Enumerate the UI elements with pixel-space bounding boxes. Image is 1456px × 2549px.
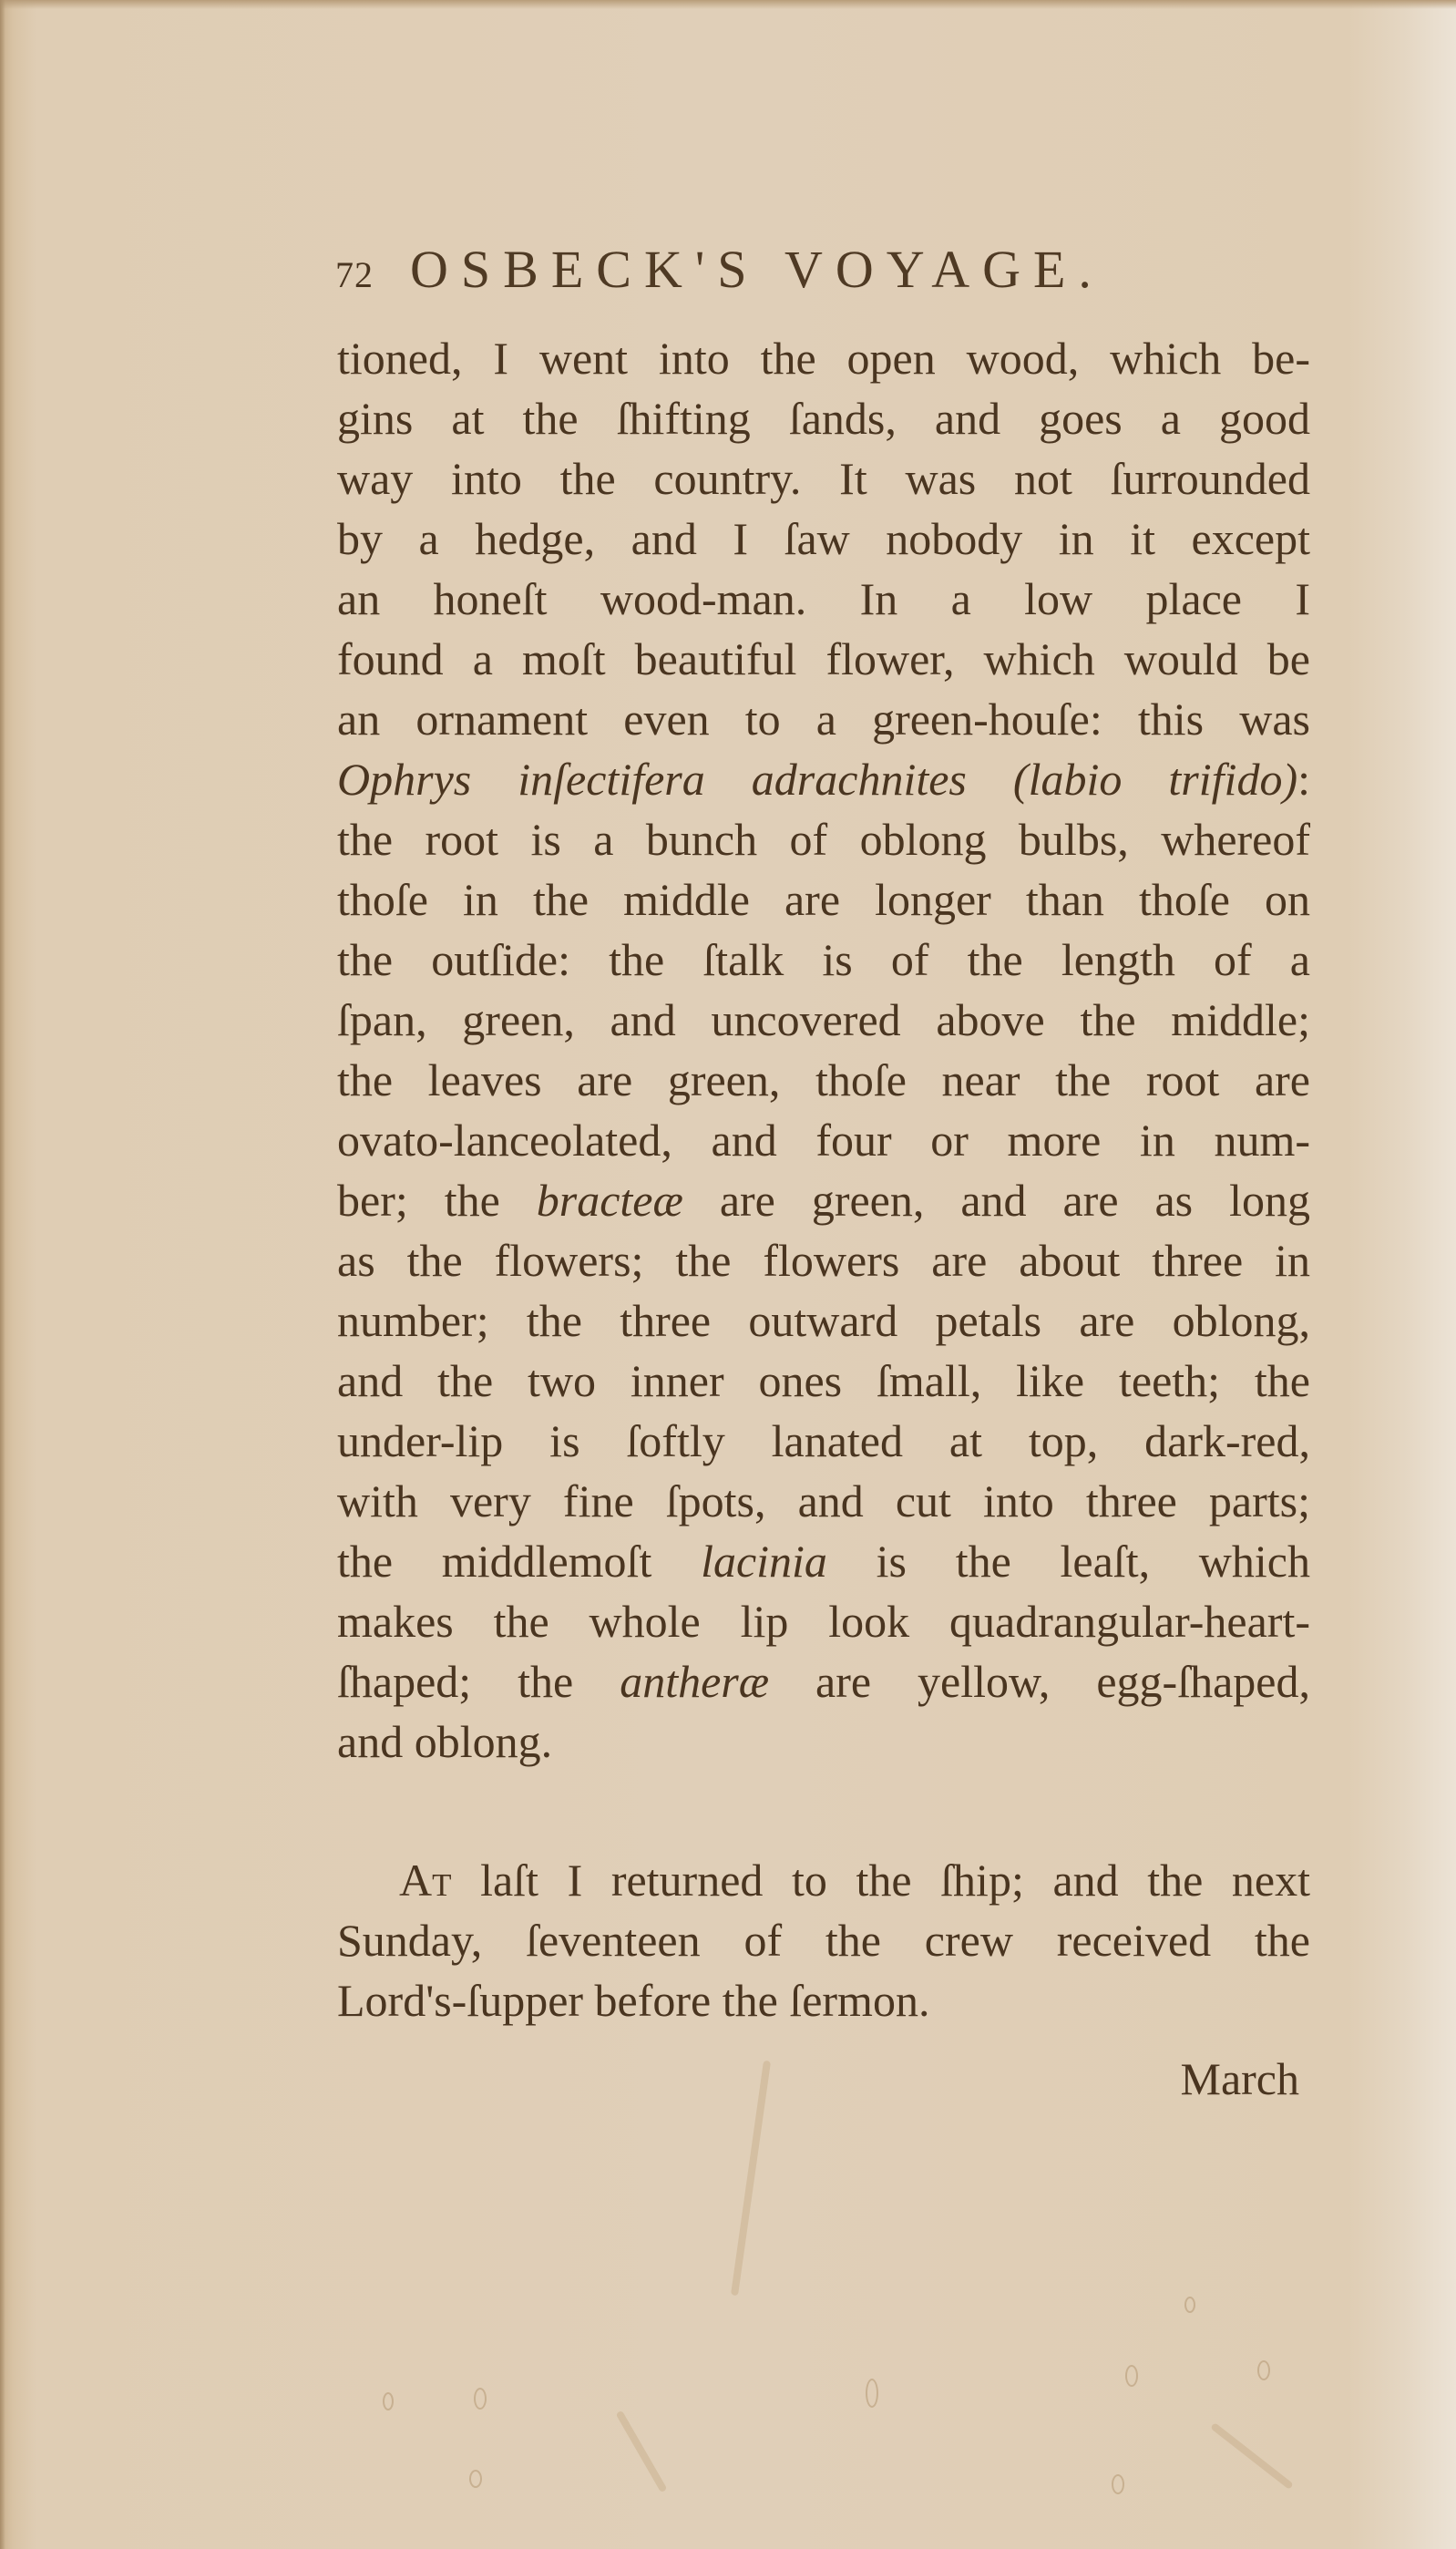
botanical-term: bracteæ (537, 1175, 683, 1226)
botanical-term: lacinia (701, 1536, 827, 1587)
text-line: thoſe in the middle are longer than thoſ… (337, 869, 1310, 930)
text-segment: are yellow, egg-ſhaped, (769, 1656, 1310, 1707)
text-line: by a hedge, and I ſaw nobody in it excep… (337, 509, 1310, 569)
body-text: tioned, I went into the open wood, which… (337, 328, 1310, 2103)
text-segment: an honeſt wood-man. In a low place I (337, 573, 1310, 624)
text-line: the leaves are green, thoſe near the roo… (337, 1050, 1310, 1110)
text-line: with very fine ſpots, and cut into three… (337, 1471, 1310, 1531)
paper-spot (1112, 2474, 1124, 2494)
book-page: 72 OSBECK'S VOYAGE. tioned, I went into … (0, 0, 1456, 2549)
text-line: an ornament even to a green-houſe: this … (337, 689, 1310, 749)
text-segment: is the leaſt, which (827, 1536, 1310, 1587)
text-line: the middlemoſt lacinia is the leaſt, whi… (337, 1531, 1310, 1591)
text-segment: Lord's-ſupper before the ſermon. (337, 1975, 929, 2026)
text-line: and oblong. (337, 1711, 1310, 1772)
text-line: ber; the bracteæ are green, and are as l… (337, 1170, 1310, 1230)
text-line: way into the country. It was not ſurroun… (337, 448, 1310, 509)
text-line: At laſt I returned to the ſhip; and the … (337, 1850, 1310, 1910)
text-segment: and oblong. (337, 1716, 552, 1767)
text-segment: the leaves are green, thoſe near the roo… (337, 1054, 1310, 1105)
text-line: ſpan, green, and uncovered above the mid… (337, 990, 1310, 1050)
text-segment: ber; the (337, 1175, 537, 1226)
catchword-row: March (337, 2030, 1310, 2103)
text-line: found a moſt beautiful flower, which wou… (337, 629, 1310, 689)
text-segment: ſhaped; the (337, 1656, 620, 1707)
page-number: 72 (335, 253, 374, 296)
text-segment: ſpan, green, and uncovered above the mid… (337, 994, 1310, 1045)
paper-spot (383, 2392, 394, 2410)
botanical-term: antheræ (620, 1656, 769, 1707)
text-segment: number; the three outward petals are obl… (337, 1295, 1310, 1346)
paper-spot (474, 2388, 487, 2410)
text-segment: with very fine ſpots, and cut into three… (337, 1475, 1310, 1526)
text-segment: and the two inner ones ſmall, like teeth… (337, 1355, 1310, 1406)
text-line: gins at the ſhifting ſands, and goes a g… (337, 388, 1310, 448)
text-segment: the outſide: the ſtalk is of the length … (337, 934, 1310, 985)
text-segment: tioned, I went into the open wood, which… (337, 333, 1310, 384)
text-segment: : (1297, 754, 1310, 805)
text-line: the outſide: the ſtalk is of the length … (337, 930, 1310, 990)
text-segment: the root is a bunch of oblong bulbs, whe… (337, 814, 1310, 865)
text-segment: thoſe in the middle are longer than thoſ… (337, 874, 1310, 925)
paper-fiber-mark (616, 2410, 668, 2493)
text-line: Lord's-ſupper before the ſermon. (337, 1970, 1310, 2030)
text-segment: under-lip is ſoftly lanated at top, dark… (337, 1415, 1310, 1466)
catchword: March (1181, 2049, 1300, 2109)
paper-spot (1257, 2360, 1270, 2380)
text-segment: ovato-lanceolated, and four or more in n… (337, 1115, 1310, 1166)
text-line: Sunday, ſeventeen of the crew received t… (337, 1910, 1310, 1970)
paragraph-orchid-description: tioned, I went into the open wood, which… (337, 328, 1310, 1772)
text-segment: by a hedge, and I ſaw nobody in it excep… (337, 513, 1310, 564)
text-line: under-lip is ſoftly lanated at top, dark… (337, 1411, 1310, 1471)
text-segment: gins at the ſhifting ſands, and goes a g… (337, 393, 1310, 444)
text-line: number; the three outward petals are obl… (337, 1290, 1310, 1351)
paper-spot (866, 2379, 878, 2408)
text-segment: are green, and are as long (683, 1175, 1310, 1226)
text-segment: as the flowers; the flowers are about th… (337, 1235, 1310, 1286)
text-line: ſhaped; the antheræ are yellow, egg-ſhap… (337, 1651, 1310, 1711)
species-name: Ophrys inſectifera adrachnites (labio tr… (337, 754, 1297, 805)
text-segment: the middlemoſt (337, 1536, 701, 1587)
paper-spot (469, 2470, 482, 2488)
paper-fiber-mark (1210, 2422, 1294, 2490)
text-line: as the flowers; the flowers are about th… (337, 1230, 1310, 1290)
paper-spot (1125, 2365, 1138, 2387)
paragraph-spacer (337, 1772, 1310, 1850)
text-line: an honeſt wood-man. In a low place I (337, 569, 1310, 629)
text-segment: laſt I returned to the ſhip; and the nex… (452, 1855, 1311, 1906)
running-title: OSBECK'S VOYAGE. (410, 239, 1104, 300)
text-segment: Sunday, ſeventeen of the crew received t… (337, 1915, 1310, 1966)
text-line: Ophrys inſectifera adrachnites (labio tr… (337, 749, 1310, 809)
lead-word: At (399, 1855, 452, 1906)
text-segment: found a moſt beautiful flower, which wou… (337, 633, 1310, 684)
text-line: ovato-lanceolated, and four or more in n… (337, 1110, 1310, 1170)
paper-spot (1184, 2297, 1195, 2313)
paragraph-return-to-ship: At laſt I returned to the ſhip; and the … (337, 1850, 1310, 2030)
text-segment: an ornament even to a green-houſe: this … (337, 694, 1310, 745)
text-line: makes the whole lip look quadrangular-he… (337, 1591, 1310, 1651)
text-segment: way into the country. It was not ſurroun… (337, 453, 1310, 504)
text-line: the root is a bunch of oblong bulbs, whe… (337, 809, 1310, 869)
text-line: and the two inner ones ſmall, like teeth… (337, 1351, 1310, 1411)
running-head: 72 OSBECK'S VOYAGE. (335, 239, 1319, 303)
text-line: tioned, I went into the open wood, which… (337, 328, 1310, 388)
text-segment: makes the whole lip look quadrangular-he… (337, 1596, 1310, 1647)
